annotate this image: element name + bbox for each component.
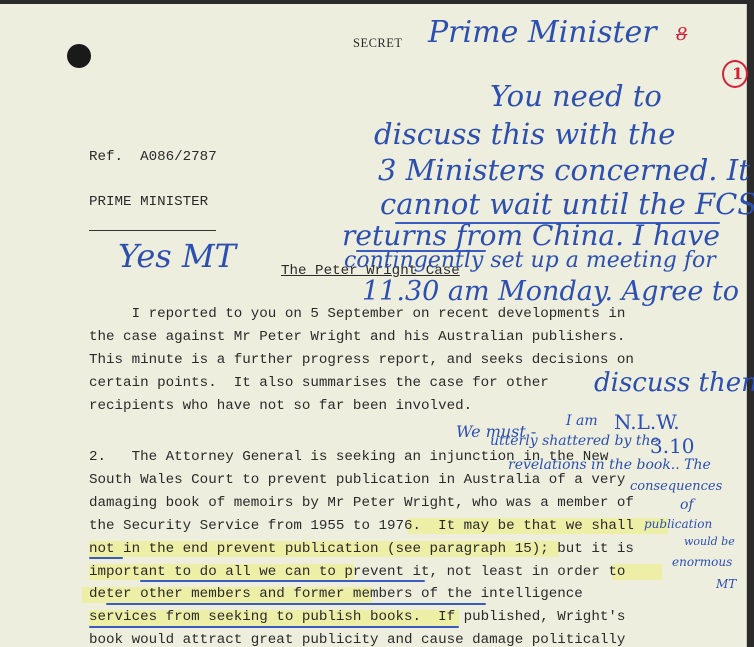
handwritten-note: consequences (630, 480, 722, 493)
handwritten-note: would be (684, 536, 735, 547)
paragraph-1: I reported to you on 5 September on rece… (89, 303, 634, 418)
text-line: recipients who have not so far been invo… (89, 395, 634, 418)
handwritten-date: 3.10 (650, 436, 695, 456)
handwritten-note-line: Prime Minister (428, 18, 657, 48)
handwritten-note: of (680, 498, 694, 512)
pen-underline (89, 557, 123, 559)
text-line: This minute is a further progress report… (89, 349, 634, 372)
pen-underline (140, 580, 425, 582)
addressee: PRIME MINISTER (89, 191, 208, 214)
pen-underline (89, 626, 459, 628)
handwritten-note: enormous (672, 556, 732, 568)
text-line: damaging book of memoirs by Mr Peter Wri… (89, 492, 634, 515)
text-line: the case against Mr Peter Wright and his… (89, 326, 634, 349)
handwritten-initials: N.L.W. (614, 412, 680, 432)
document-page: SECRET Ref. A086/2787 PRIME MINISTER The… (0, 4, 747, 647)
handwritten-note-line: 11.30 am Monday. Agree to (362, 278, 739, 305)
pen-underline (106, 603, 486, 605)
handwritten-note-line: 3 Ministers concerned. It (378, 156, 750, 185)
handwritten-note: utterly shattered by the (490, 434, 659, 448)
paragraph-2: 2. The Attorney General is seeking an in… (89, 446, 634, 647)
handwritten-note-line: You need to (490, 82, 662, 111)
text-line: the Security Service from 1955 to 1976. … (89, 515, 634, 538)
red-mark: 8 (676, 26, 687, 44)
handwritten-note-line: discuss them? (594, 370, 754, 396)
handwritten-note-line: discuss this with the (374, 120, 675, 149)
classification-label: SECRET (353, 32, 403, 55)
handwritten-initials: MT (716, 578, 736, 590)
handwritten-note-line: returns from China. I have (342, 222, 720, 250)
handwritten-note: publication (644, 518, 712, 530)
handwritten-initials: Yes MT (118, 240, 236, 272)
handwritten-note: revelations in the book.. The (508, 458, 711, 472)
punch-hole (67, 44, 91, 68)
handwritten-note-line: cannot wait until the FCS (380, 190, 754, 219)
reference-number: Ref. A086/2787 (89, 146, 217, 169)
red-circled-number: 1 (722, 60, 748, 88)
text-line: book would attract great publicity and c… (89, 629, 634, 647)
text-line: not in the end prevent publication (see … (89, 538, 634, 561)
handwritten-note: I am (566, 414, 598, 428)
addressee-rule (89, 230, 216, 231)
text-line: certain points. It also summarises the c… (89, 372, 634, 395)
handwritten-note-line: contingently set up a meeting for (344, 250, 716, 272)
